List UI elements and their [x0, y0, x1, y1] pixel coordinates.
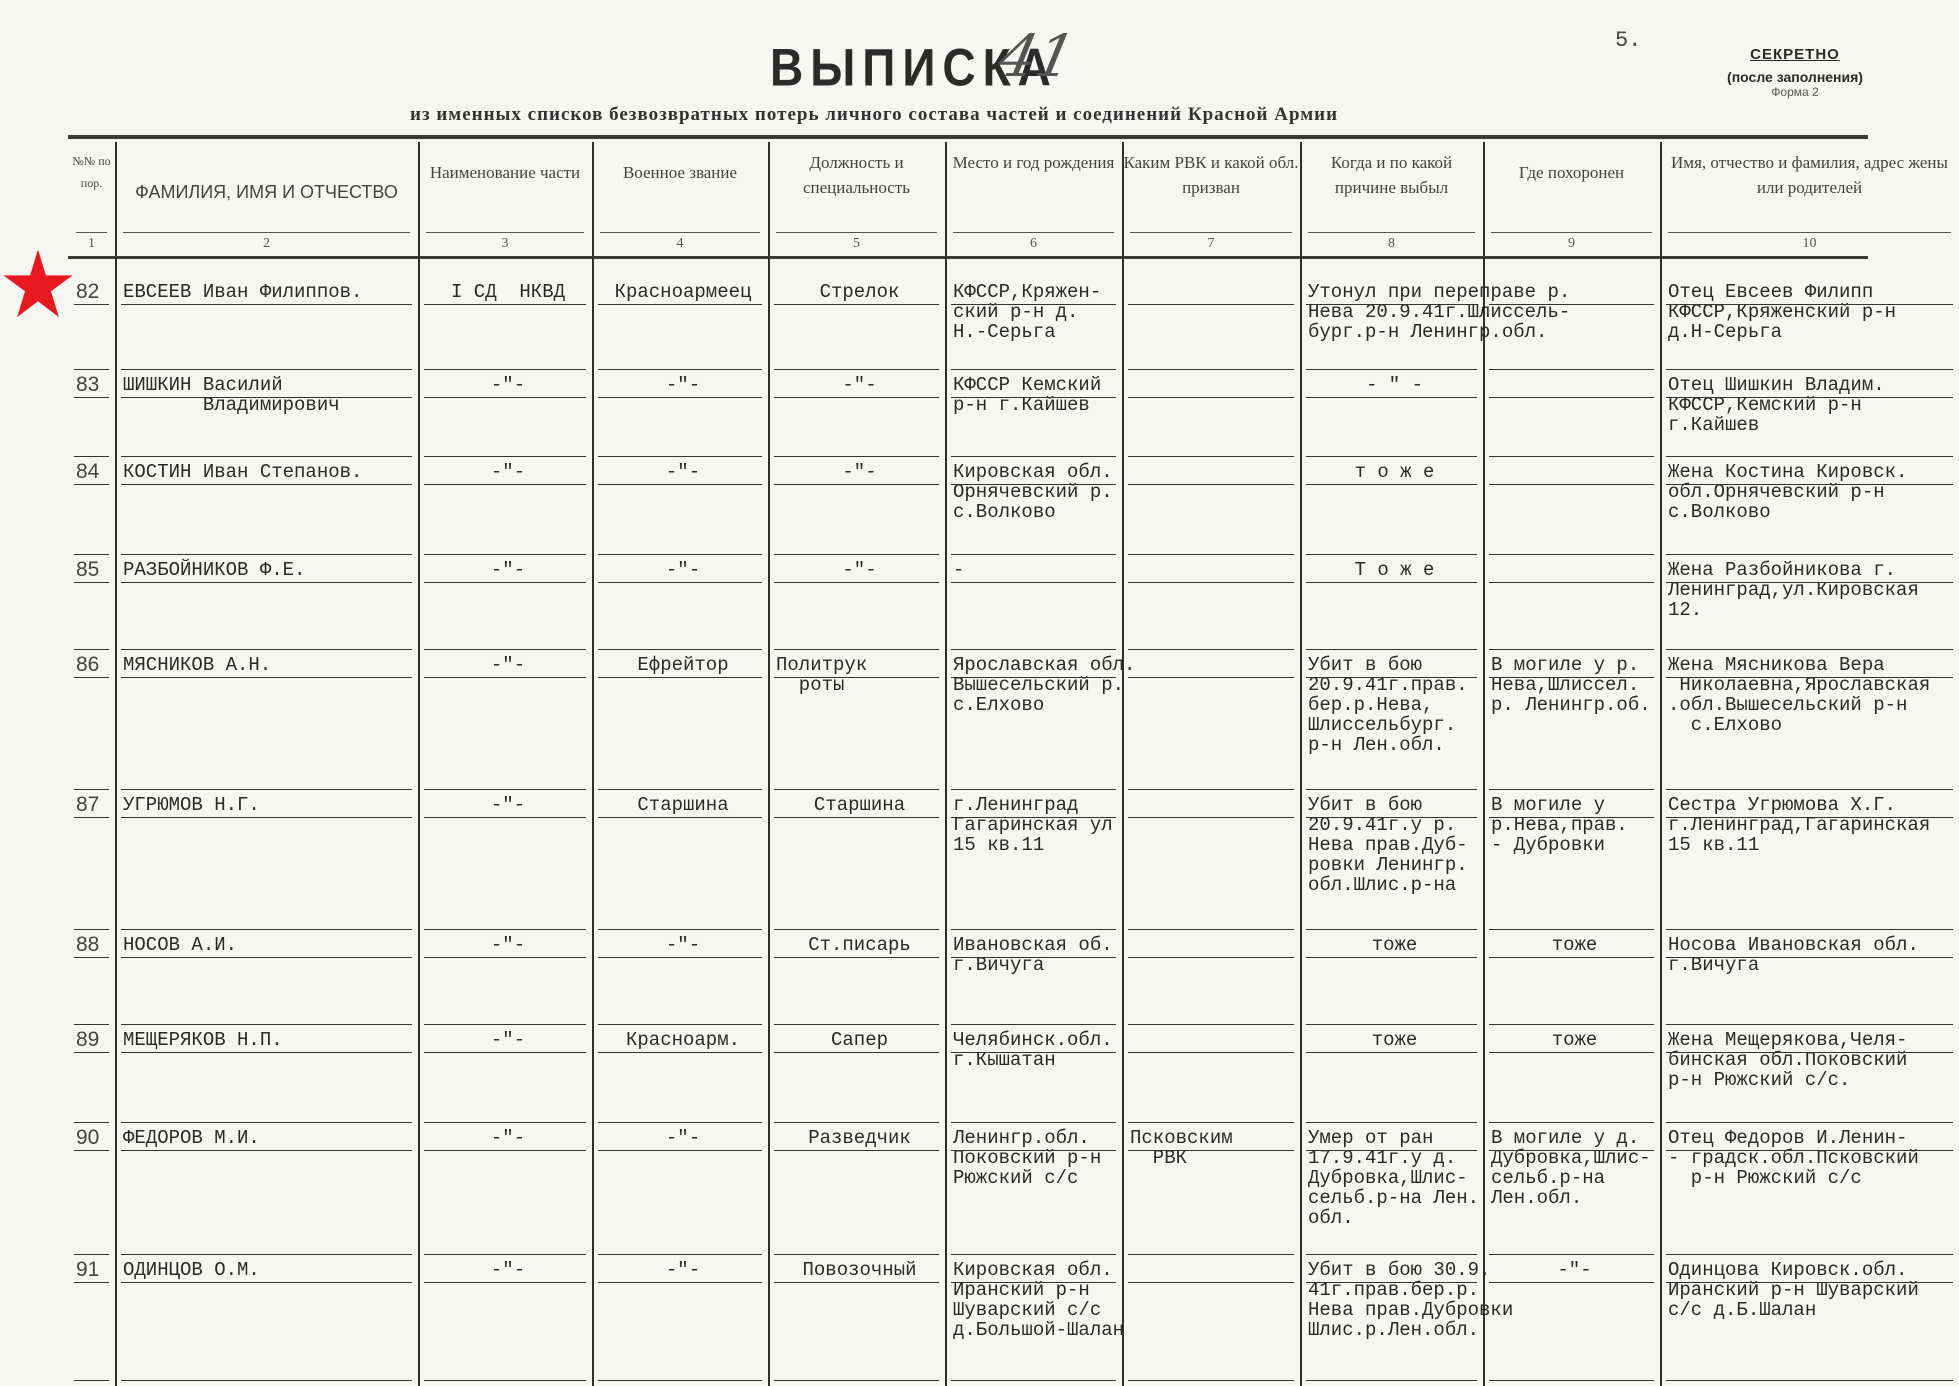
- header-underline: [776, 232, 937, 233]
- row-rule: [121, 484, 412, 485]
- cell-position: Сапер: [776, 1030, 943, 1050]
- row-rule: [774, 369, 939, 370]
- row-rule: [1128, 369, 1294, 370]
- cell-unit: -"-: [426, 462, 590, 482]
- row-rule: [1306, 789, 1477, 790]
- header-underline: [1668, 232, 1951, 233]
- row-rule: [951, 1024, 1116, 1025]
- row-rule: [774, 957, 939, 958]
- row-rule: [951, 1282, 1116, 1283]
- cell-when_why: Убит в бою 20.9.41г.прав. бер.р.Нева, Шл…: [1308, 655, 1481, 755]
- row-rule: [774, 677, 939, 678]
- row-rule: [598, 554, 762, 555]
- column-divider: [115, 142, 117, 1386]
- cell-rank: Красноарм.: [600, 1030, 766, 1050]
- classification-note: (после заполнения): [1700, 69, 1890, 85]
- cell-relatives: Отец Шишкин Владим. КФССР,Кемский р-н г.…: [1668, 375, 1957, 435]
- row-rule: [1306, 677, 1477, 678]
- cell-name: КОСТИН Иван Степанов.: [123, 462, 416, 482]
- cell-when_why: - " -: [1308, 375, 1481, 395]
- row-rule: [74, 649, 109, 650]
- row-rule: [1489, 554, 1654, 555]
- cell-name: МЯСНИКОВ А.Н.: [123, 655, 416, 675]
- cell-position: Ст.писарь: [776, 935, 943, 955]
- cell-rank: -"-: [600, 375, 766, 395]
- row-rule: [951, 677, 1116, 678]
- column-number-4: 4: [592, 236, 768, 252]
- cell-unit: -"-: [426, 1128, 590, 1148]
- cell-when_why: Убит в бою 20.9.41г.у р. Нева прав.Дуб- …: [1308, 795, 1481, 895]
- column-number-5: 5: [768, 236, 945, 252]
- row-rule: [424, 649, 586, 650]
- row-rule: [1666, 649, 1953, 650]
- row-rule: [774, 649, 939, 650]
- column-number-rule: [68, 256, 1868, 259]
- cell-relatives: Отец Евсеев Филипп КФССР,Кряженский р-н …: [1668, 282, 1957, 342]
- cell-when_why: Т о ж е: [1308, 560, 1481, 580]
- cell-when_why: Утонул при переправе р. Нева 20.9.41г.Шл…: [1308, 282, 1481, 342]
- header-underline: [123, 232, 410, 233]
- row-rule: [1489, 929, 1654, 930]
- row-rule: [1489, 1380, 1654, 1381]
- row-rule: [598, 304, 762, 305]
- table-top-rule: [68, 135, 1868, 139]
- row-rule: [951, 817, 1116, 818]
- row-rule: [774, 554, 939, 555]
- row-rule: [1489, 1052, 1654, 1053]
- column-header-5: Должность и специальность: [768, 150, 945, 200]
- row-rule: [1128, 957, 1294, 958]
- row-rule: [598, 789, 762, 790]
- row-rule: [598, 1024, 762, 1025]
- row-rule: [1306, 369, 1477, 370]
- cell-buried: тоже: [1491, 1030, 1658, 1050]
- row-rule: [951, 554, 1116, 555]
- column-number-3: 3: [418, 236, 592, 252]
- cell-rank: -"-: [600, 935, 766, 955]
- row-rule: [774, 1150, 939, 1151]
- row-rule: [1489, 649, 1654, 650]
- row-rule: [1128, 1024, 1294, 1025]
- row-rule: [424, 456, 586, 457]
- row-rule: [1666, 304, 1953, 305]
- row-rule: [121, 677, 412, 678]
- row-rule: [774, 1122, 939, 1123]
- row-rule: [424, 554, 586, 555]
- row-rule: [598, 582, 762, 583]
- row-rule: [1306, 957, 1477, 958]
- cell-unit: -"-: [426, 375, 590, 395]
- row-rule: [74, 1122, 109, 1123]
- row-rule: [1306, 1150, 1477, 1151]
- row-rule: [1666, 677, 1953, 678]
- row-rule: [1666, 1150, 1953, 1151]
- row-rule: [598, 649, 762, 650]
- row-rule: [121, 1024, 412, 1025]
- row-rule: [951, 484, 1116, 485]
- column-number-1: 1: [68, 236, 115, 252]
- column-header-9: Где похоронен: [1483, 160, 1660, 185]
- row-rule: [774, 304, 939, 305]
- cell-buried: -"-: [1491, 1260, 1658, 1280]
- row-rule: [121, 957, 412, 958]
- row-rule: [74, 929, 109, 930]
- row-rule: [74, 484, 109, 485]
- row-rule: [74, 456, 109, 457]
- cell-name: УГРЮМОВ Н.Г.: [123, 795, 416, 815]
- row-rule: [774, 1024, 939, 1025]
- row-rule: [74, 304, 109, 305]
- cell-birthplace: Ленингр.обл. Поковский р-н Рюжский с/с: [953, 1128, 1120, 1188]
- row-rule: [121, 582, 412, 583]
- cell-birthplace: г.Ленинград Гагаринская ул 15 кв.11: [953, 795, 1120, 855]
- row-rule: [1489, 369, 1654, 370]
- row-rule: [774, 397, 939, 398]
- row-rule: [74, 1052, 109, 1053]
- column-divider: [1300, 142, 1302, 1386]
- cell-name: РАЗБОЙНИКОВ Ф.Е.: [123, 560, 416, 580]
- row-rule: [1489, 484, 1654, 485]
- row-rule: [1306, 1122, 1477, 1123]
- cell-unit: -"-: [426, 1260, 590, 1280]
- row-rule: [424, 582, 586, 583]
- cell-when_why: Умер от ран 17.9.41г.у д. Дубровка,Шлис-…: [1308, 1128, 1481, 1228]
- row-rule: [424, 1024, 586, 1025]
- cell-birthplace: Кировская обл. Орнячевский р. с.Волково: [953, 462, 1120, 522]
- row-rule: [1666, 554, 1953, 555]
- cell-relatives: Жена Разбойникова г. Ленинград,ул.Кировс…: [1668, 560, 1957, 620]
- row-rule: [774, 789, 939, 790]
- row-rule: [774, 1380, 939, 1381]
- row-rule: [1306, 397, 1477, 398]
- cell-position: Стрелок: [776, 282, 943, 302]
- row-rule: [1128, 397, 1294, 398]
- row-rule: [121, 1380, 412, 1381]
- cell-rank: -"-: [600, 1260, 766, 1280]
- row-rule: [424, 369, 586, 370]
- column-number-7: 7: [1122, 236, 1300, 252]
- cell-when_why: тоже: [1308, 935, 1481, 955]
- header-underline: [426, 232, 584, 233]
- cell-unit: -"-: [426, 1030, 590, 1050]
- column-divider: [418, 142, 420, 1386]
- cell-birthplace: КФССР,Кряжен- ский р-н д. Н.-Серьга: [953, 282, 1120, 342]
- row-rule: [121, 397, 412, 398]
- row-rule: [1128, 929, 1294, 930]
- cell-when_why: Убит в бою 30.9. 41г.прав.бер.р. Нева пр…: [1308, 1260, 1481, 1340]
- cell-rank: Старшина: [600, 795, 766, 815]
- row-rule: [74, 582, 109, 583]
- cell-rank: Ефрейтор: [600, 655, 766, 675]
- cell-when_why: т о ж е: [1308, 462, 1481, 482]
- row-rule: [1128, 649, 1294, 650]
- classification-label: СЕКРЕТНО: [1700, 46, 1890, 63]
- row-rule: [1489, 1254, 1654, 1255]
- header-underline: [953, 232, 1114, 233]
- row-rule: [774, 456, 939, 457]
- column-header-6: Место и год рождения: [945, 150, 1122, 175]
- row-rule: [121, 1282, 412, 1283]
- row-rule: [1128, 1122, 1294, 1123]
- column-number-8: 8: [1300, 236, 1483, 252]
- row-rule: [121, 369, 412, 370]
- cell-birthplace: -: [953, 560, 1120, 580]
- column-header-4: Военное звание: [592, 160, 768, 185]
- row-rule: [74, 397, 109, 398]
- row-rule: [121, 929, 412, 930]
- row-rule: [951, 929, 1116, 930]
- row-rule: [951, 1150, 1116, 1151]
- row-rule: [424, 677, 586, 678]
- row-rule: [951, 957, 1116, 958]
- row-rule: [774, 484, 939, 485]
- cell-rvk: Псковским РВК: [1130, 1128, 1298, 1168]
- row-rule: [598, 817, 762, 818]
- row-rule: [424, 1052, 586, 1053]
- row-rule: [951, 649, 1116, 650]
- row-rule: [121, 1122, 412, 1123]
- row-rule: [74, 369, 109, 370]
- row-rule: [1306, 1254, 1477, 1255]
- column-header-7: Каким РВК и какой обл. призван: [1122, 150, 1300, 200]
- row-rule: [1306, 1024, 1477, 1025]
- row-rule: [1666, 1052, 1953, 1053]
- row-rule: [1306, 484, 1477, 485]
- row-rule: [1128, 1254, 1294, 1255]
- form-label: Форма 2: [1700, 85, 1890, 99]
- cell-position: -"-: [776, 375, 943, 395]
- row-rule: [598, 397, 762, 398]
- row-rule: [774, 1254, 939, 1255]
- cell-num: 85: [76, 560, 113, 580]
- header-underline: [1308, 232, 1475, 233]
- row-rule: [1489, 957, 1654, 958]
- handwritten-mark: 41: [993, 22, 1081, 90]
- row-rule: [598, 929, 762, 930]
- cell-num: 90: [76, 1128, 113, 1148]
- cell-position: Разведчик: [776, 1128, 943, 1148]
- row-rule: [1666, 817, 1953, 818]
- row-rule: [121, 1150, 412, 1151]
- cell-num: 88: [76, 935, 113, 955]
- row-rule: [424, 929, 586, 930]
- row-rule: [121, 554, 412, 555]
- row-rule: [121, 1254, 412, 1255]
- row-rule: [1666, 369, 1953, 370]
- cell-position: Повозочный: [776, 1260, 943, 1280]
- column-divider: [592, 142, 594, 1386]
- row-rule: [1666, 957, 1953, 958]
- row-rule: [1128, 554, 1294, 555]
- cell-position: -"-: [776, 462, 943, 482]
- row-rule: [1489, 1024, 1654, 1025]
- cell-birthplace: Челябинск.обл. г.Кышатан: [953, 1030, 1120, 1070]
- row-rule: [1666, 456, 1953, 457]
- document-subtitle: из именных списков безвозвратных потерь …: [410, 104, 1338, 126]
- cell-unit: I СД НКВД: [426, 282, 590, 302]
- row-rule: [424, 1380, 586, 1381]
- row-rule: [1128, 1282, 1294, 1283]
- cell-name: ОДИНЦОВ О.М.: [123, 1260, 416, 1280]
- column-header-2: ФАМИЛИЯ, ИМЯ И ОТЧЕСТВО: [115, 180, 418, 205]
- row-rule: [951, 1380, 1116, 1381]
- cell-unit: -"-: [426, 795, 590, 815]
- row-rule: [1666, 789, 1953, 790]
- row-rule: [424, 789, 586, 790]
- cell-relatives: Жена Мясникова Вера Николаевна,Ярославск…: [1668, 655, 1957, 735]
- cell-num: 91: [76, 1260, 113, 1280]
- cell-num: 86: [76, 655, 113, 675]
- cell-position: Политрук роты: [776, 655, 943, 695]
- header-underline: [1491, 232, 1652, 233]
- row-rule: [1306, 1052, 1477, 1053]
- row-rule: [951, 304, 1116, 305]
- row-rule: [121, 649, 412, 650]
- cell-relatives: Отец Федоров И.Ленин- - градск.обл.Псков…: [1668, 1128, 1957, 1188]
- row-rule: [598, 1052, 762, 1053]
- row-rule: [74, 957, 109, 958]
- row-rule: [1306, 582, 1477, 583]
- cell-unit: -"-: [426, 560, 590, 580]
- column-divider: [768, 142, 770, 1386]
- cell-birthplace: Ярославская обл. Вышесельский р. с.Елхов…: [953, 655, 1120, 715]
- cell-buried: В могиле у д. Дубровка,Шлис- сельб.р-на …: [1491, 1128, 1658, 1208]
- row-rule: [951, 397, 1116, 398]
- row-rule: [774, 929, 939, 930]
- row-rule: [1128, 304, 1294, 305]
- row-rule: [1306, 1282, 1477, 1283]
- row-rule: [1489, 817, 1654, 818]
- row-rule: [74, 1024, 109, 1025]
- row-rule: [74, 1254, 109, 1255]
- row-rule: [598, 456, 762, 457]
- row-rule: [1306, 456, 1477, 457]
- row-rule: [74, 789, 109, 790]
- row-rule: [1489, 304, 1654, 305]
- column-divider: [1122, 142, 1124, 1386]
- cell-birthplace: Кировская обл. Иранский р-н Шуварский с/…: [953, 1260, 1120, 1340]
- cell-rank: Красноармеец: [600, 282, 766, 302]
- column-number-6: 6: [945, 236, 1122, 252]
- row-rule: [774, 817, 939, 818]
- row-rule: [598, 1150, 762, 1151]
- row-rule: [1666, 1122, 1953, 1123]
- row-rule: [598, 484, 762, 485]
- row-rule: [121, 1052, 412, 1053]
- cell-when_why: тоже: [1308, 1030, 1481, 1050]
- row-rule: [1489, 456, 1654, 457]
- row-rule: [598, 1282, 762, 1283]
- row-rule: [1128, 1380, 1294, 1381]
- header-underline: [76, 232, 107, 233]
- row-rule: [1306, 817, 1477, 818]
- row-rule: [1666, 397, 1953, 398]
- row-rule: [424, 817, 586, 818]
- cell-unit: -"-: [426, 935, 590, 955]
- cell-position: Старшина: [776, 795, 943, 815]
- cell-relatives: Носова Ивановская обл. г.Вичуга: [1668, 935, 1957, 975]
- cell-name: ШИШКИН Василий Владимирович: [123, 375, 416, 415]
- red-star-icon: [2, 248, 74, 320]
- row-rule: [74, 1282, 109, 1283]
- row-rule: [1306, 649, 1477, 650]
- header-underline: [600, 232, 760, 233]
- cell-relatives: Сестра Угрюмова Х.Г. г.Ленинград,Гагарин…: [1668, 795, 1957, 855]
- row-rule: [774, 1282, 939, 1283]
- row-rule: [1306, 554, 1477, 555]
- cell-relatives: Жена Костина Кировск. обл.Орнячевский р-…: [1668, 462, 1957, 522]
- cell-name: ЕВСЕЕВ Иван Филиппов.: [123, 282, 416, 302]
- cell-num: 89: [76, 1030, 113, 1050]
- row-rule: [951, 582, 1116, 583]
- column-number-10: 10: [1660, 236, 1959, 252]
- row-rule: [424, 397, 586, 398]
- cell-relatives: Одинцова Кировск.обл. Иранский р-н Шувар…: [1668, 1260, 1957, 1320]
- row-rule: [1128, 817, 1294, 818]
- cell-birthplace: Ивановская об. г.Вичуга: [953, 935, 1120, 975]
- row-rule: [1306, 304, 1477, 305]
- document-page: ВЫПИСКА 41 5. СЕКРЕТНО (после заполнения…: [0, 0, 1959, 1386]
- row-rule: [424, 957, 586, 958]
- cell-rank: -"-: [600, 462, 766, 482]
- row-rule: [1128, 456, 1294, 457]
- cell-birthplace: КФССР Кемский р-н г.Кайшев: [953, 375, 1120, 415]
- cell-name: МЕЩЕРЯКОВ Н.П.: [123, 1030, 416, 1050]
- row-rule: [424, 304, 586, 305]
- row-rule: [598, 1380, 762, 1381]
- row-rule: [121, 304, 412, 305]
- row-rule: [774, 582, 939, 583]
- row-rule: [74, 554, 109, 555]
- column-number-2: 2: [115, 236, 418, 252]
- row-rule: [74, 677, 109, 678]
- row-rule: [1489, 1282, 1654, 1283]
- row-rule: [74, 1380, 109, 1381]
- row-rule: [424, 484, 586, 485]
- cell-num: 82: [76, 282, 113, 302]
- row-rule: [1489, 789, 1654, 790]
- classification-block: СЕКРЕТНО (после заполнения) Форма 2: [1700, 46, 1890, 99]
- row-rule: [121, 789, 412, 790]
- row-rule: [598, 1122, 762, 1123]
- row-rule: [951, 1254, 1116, 1255]
- row-rule: [1666, 582, 1953, 583]
- row-rule: [1306, 1380, 1477, 1381]
- row-rule: [74, 1150, 109, 1151]
- cell-unit: -"-: [426, 655, 590, 675]
- column-header-8: Когда и по какой причине выбыл: [1300, 150, 1483, 200]
- row-rule: [121, 817, 412, 818]
- column-divider: [1660, 142, 1662, 1386]
- cell-rank: -"-: [600, 560, 766, 580]
- row-rule: [1128, 484, 1294, 485]
- row-rule: [951, 369, 1116, 370]
- row-rule: [1666, 1282, 1953, 1283]
- row-rule: [424, 1254, 586, 1255]
- cell-num: 83: [76, 375, 113, 395]
- row-rule: [1306, 929, 1477, 930]
- row-rule: [424, 1122, 586, 1123]
- row-rule: [1128, 789, 1294, 790]
- cell-num: 84: [76, 462, 113, 482]
- row-rule: [1666, 1024, 1953, 1025]
- column-header-1: №№ по пор.: [68, 150, 115, 194]
- column-header-10: Имя, отчество и фамилия, адрес жены или …: [1660, 150, 1959, 200]
- column-header-3: Наименование части: [418, 160, 592, 185]
- row-rule: [1489, 582, 1654, 583]
- cell-relatives: Жена Мещерякова,Челя- бинская обл.Поковс…: [1668, 1030, 1957, 1090]
- row-rule: [1489, 1122, 1654, 1123]
